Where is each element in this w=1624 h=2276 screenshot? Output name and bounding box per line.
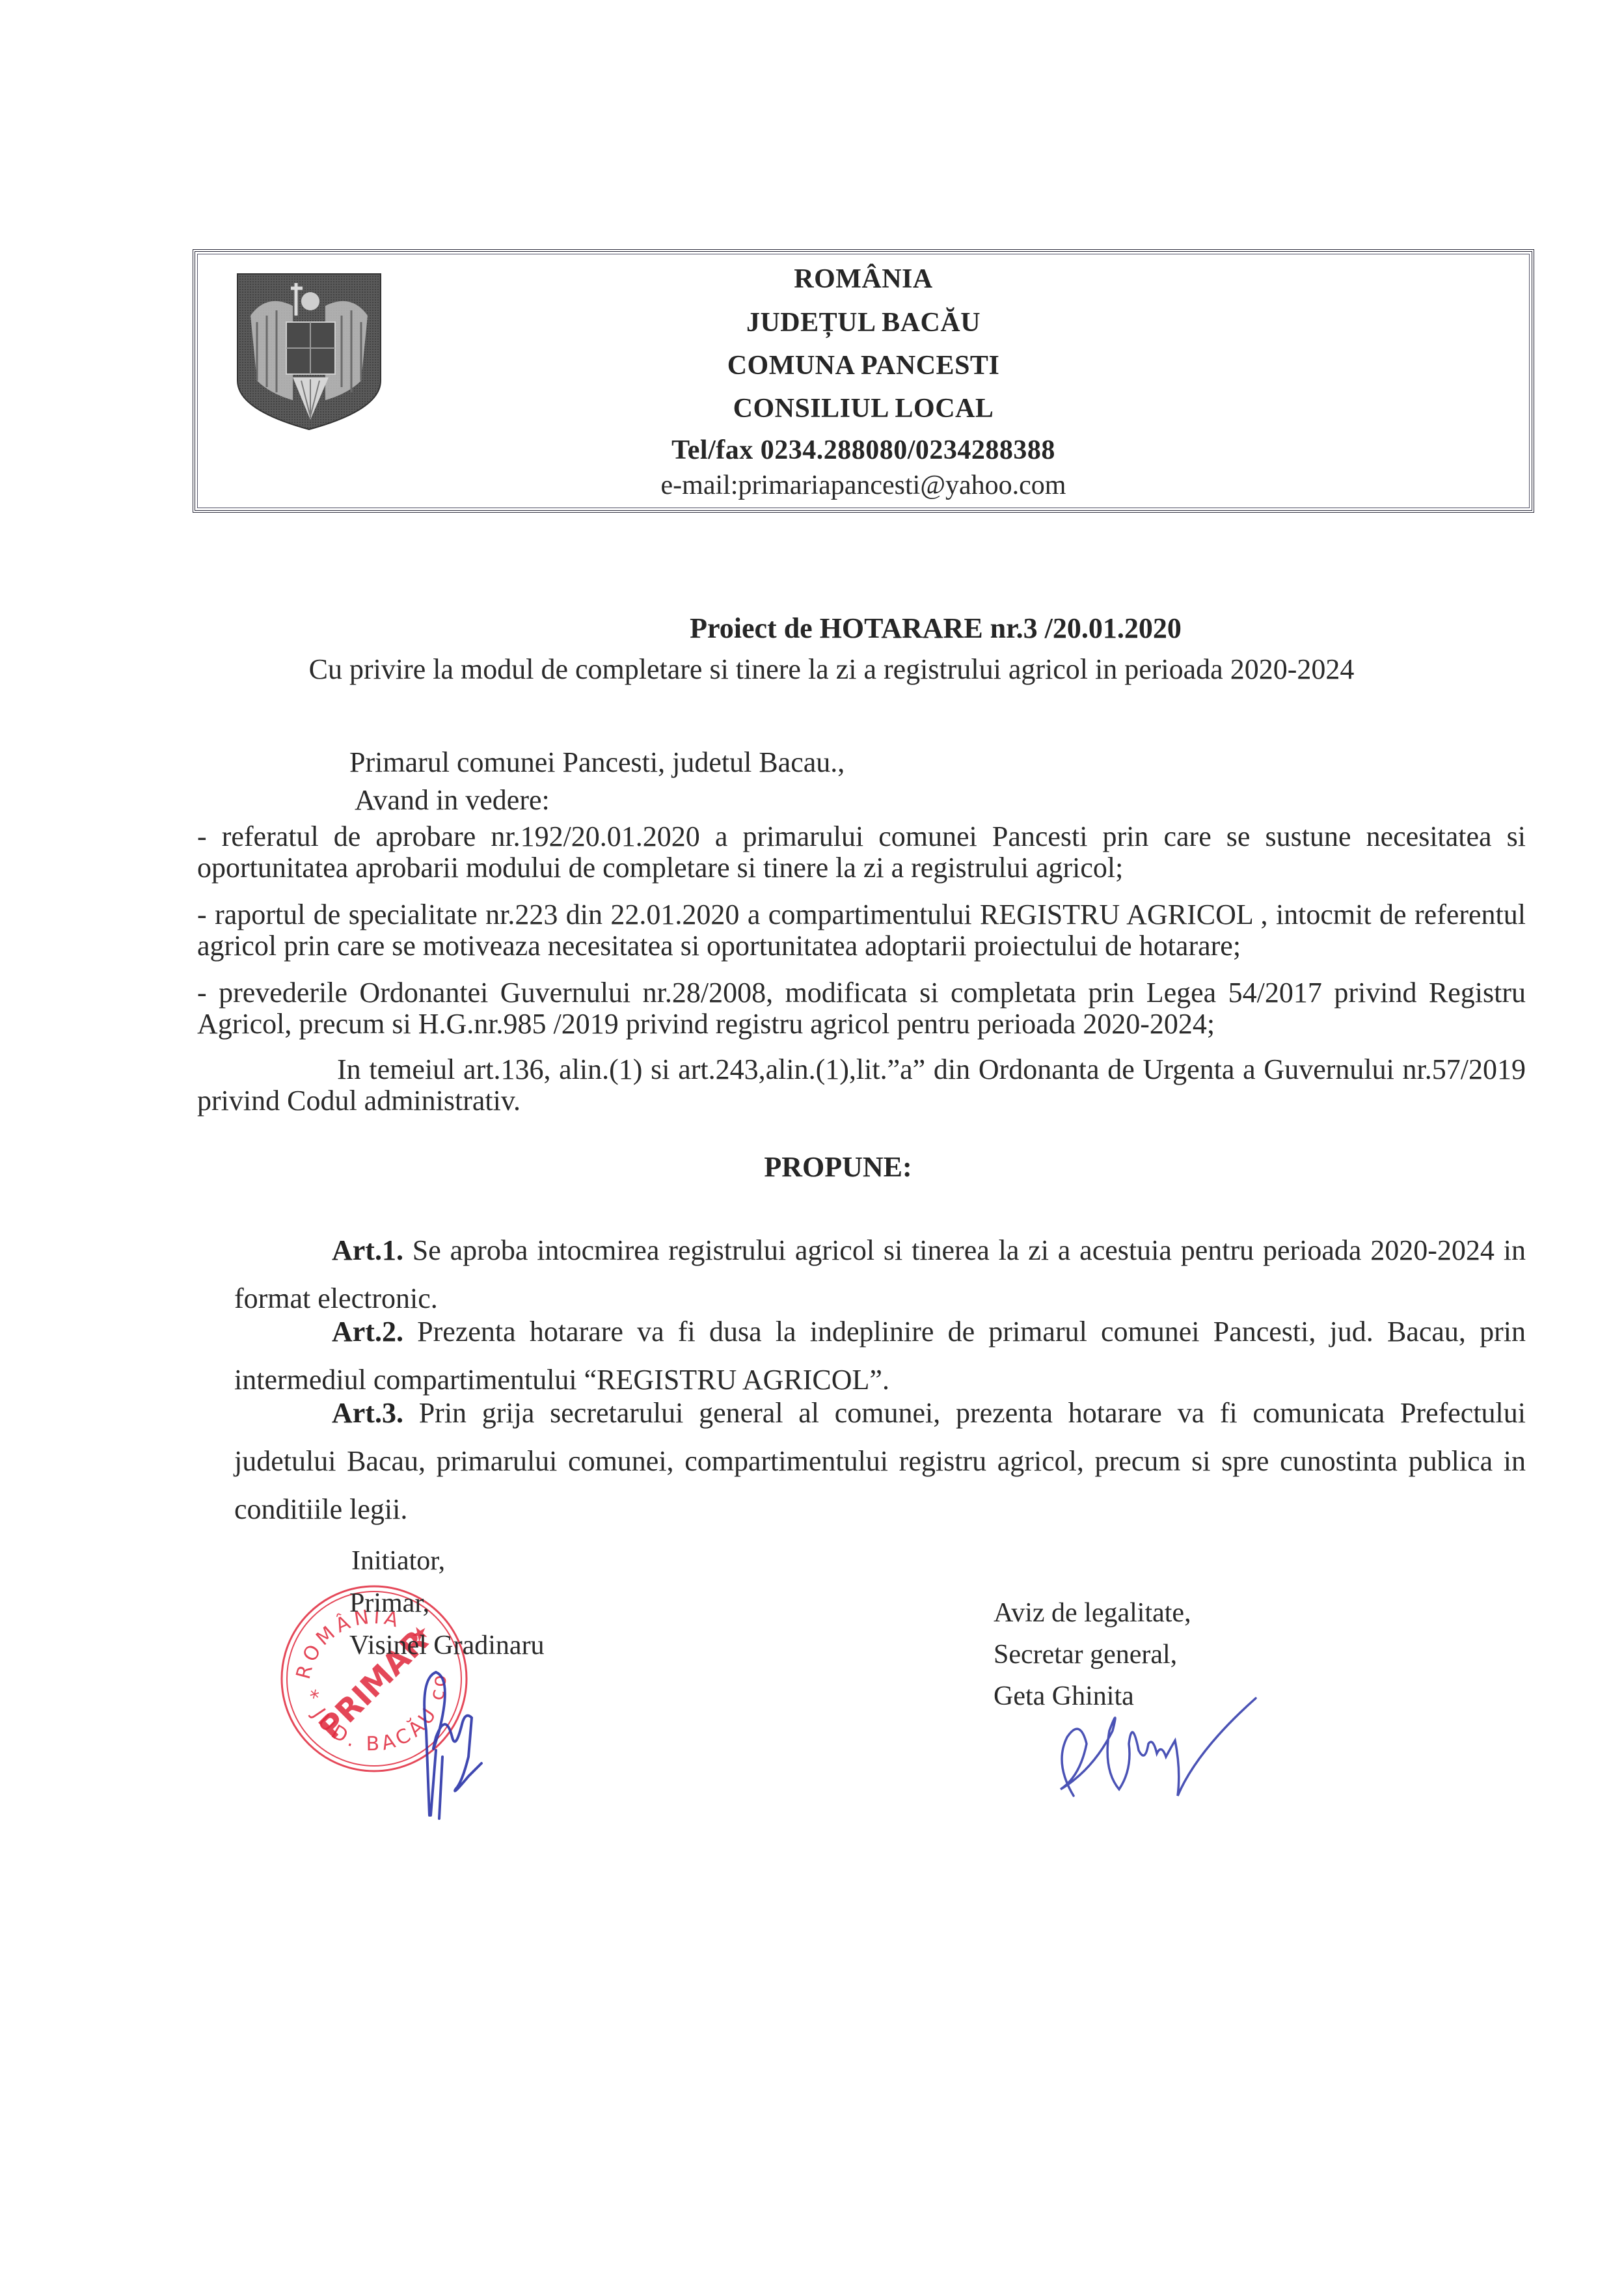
legality-label: Aviz de legalitate, — [994, 1597, 1191, 1629]
document-title: Proiect de HOTARARE nr.3 /20.01.2020 — [0, 612, 1624, 645]
article-1-text: Se aproba intocmirea registrului agricol… — [234, 1234, 1526, 1314]
initiator-label: Initiator, — [351, 1545, 445, 1577]
article-1-label: Art.1. — [332, 1234, 403, 1266]
secretary-role: Secretar general, — [994, 1639, 1177, 1670]
preamble-considering: Avand in vedere: — [355, 786, 550, 815]
secretary-signature — [1041, 1692, 1275, 1802]
preamble-item-3: - prevederile Ordonantei Guvernului nr.2… — [197, 977, 1526, 1040]
mayor-role: Primar, — [349, 1588, 429, 1619]
propune-heading: PROPUNE: — [0, 1150, 1624, 1184]
header-country: ROMÂNIA — [193, 264, 1534, 295]
header-telfax: Tel/fax 0234.288080/0234288388 — [193, 435, 1534, 466]
header-commune: COMUNA PANCESTI — [193, 350, 1534, 381]
article-3-label: Art.3. — [332, 1397, 403, 1429]
header-email: e-mail:primariapancesti@yahoo.com — [193, 470, 1534, 501]
article-2-text: Prezenta hotarare va fi dusa la indeplin… — [234, 1316, 1526, 1396]
preamble-legal-basis: In temeiul art.136, alin.(1) si art.243,… — [197, 1054, 1526, 1117]
article-3-text: Prin grija secretarului general al comun… — [234, 1397, 1526, 1525]
article-3: Art.3. Prin grija secretarului general a… — [234, 1389, 1526, 1534]
header-council: CONSILIUL LOCAL — [193, 393, 1534, 424]
preamble-item-2: - raportul de specialitate nr.223 din 22… — [197, 899, 1526, 962]
header-county: JUDEȚUL BACĂU — [193, 307, 1534, 338]
preamble-item-1: - referatul de aprobare nr.192/20.01.202… — [197, 821, 1526, 884]
mayor-signature — [390, 1653, 507, 1828]
document-subject: Cu privire la modul de completare si tin… — [0, 653, 1624, 686]
preamble-mayor: Primarul comunei Pancesti, judetul Bacau… — [349, 748, 845, 777]
article-2-label: Art.2. — [332, 1316, 403, 1348]
